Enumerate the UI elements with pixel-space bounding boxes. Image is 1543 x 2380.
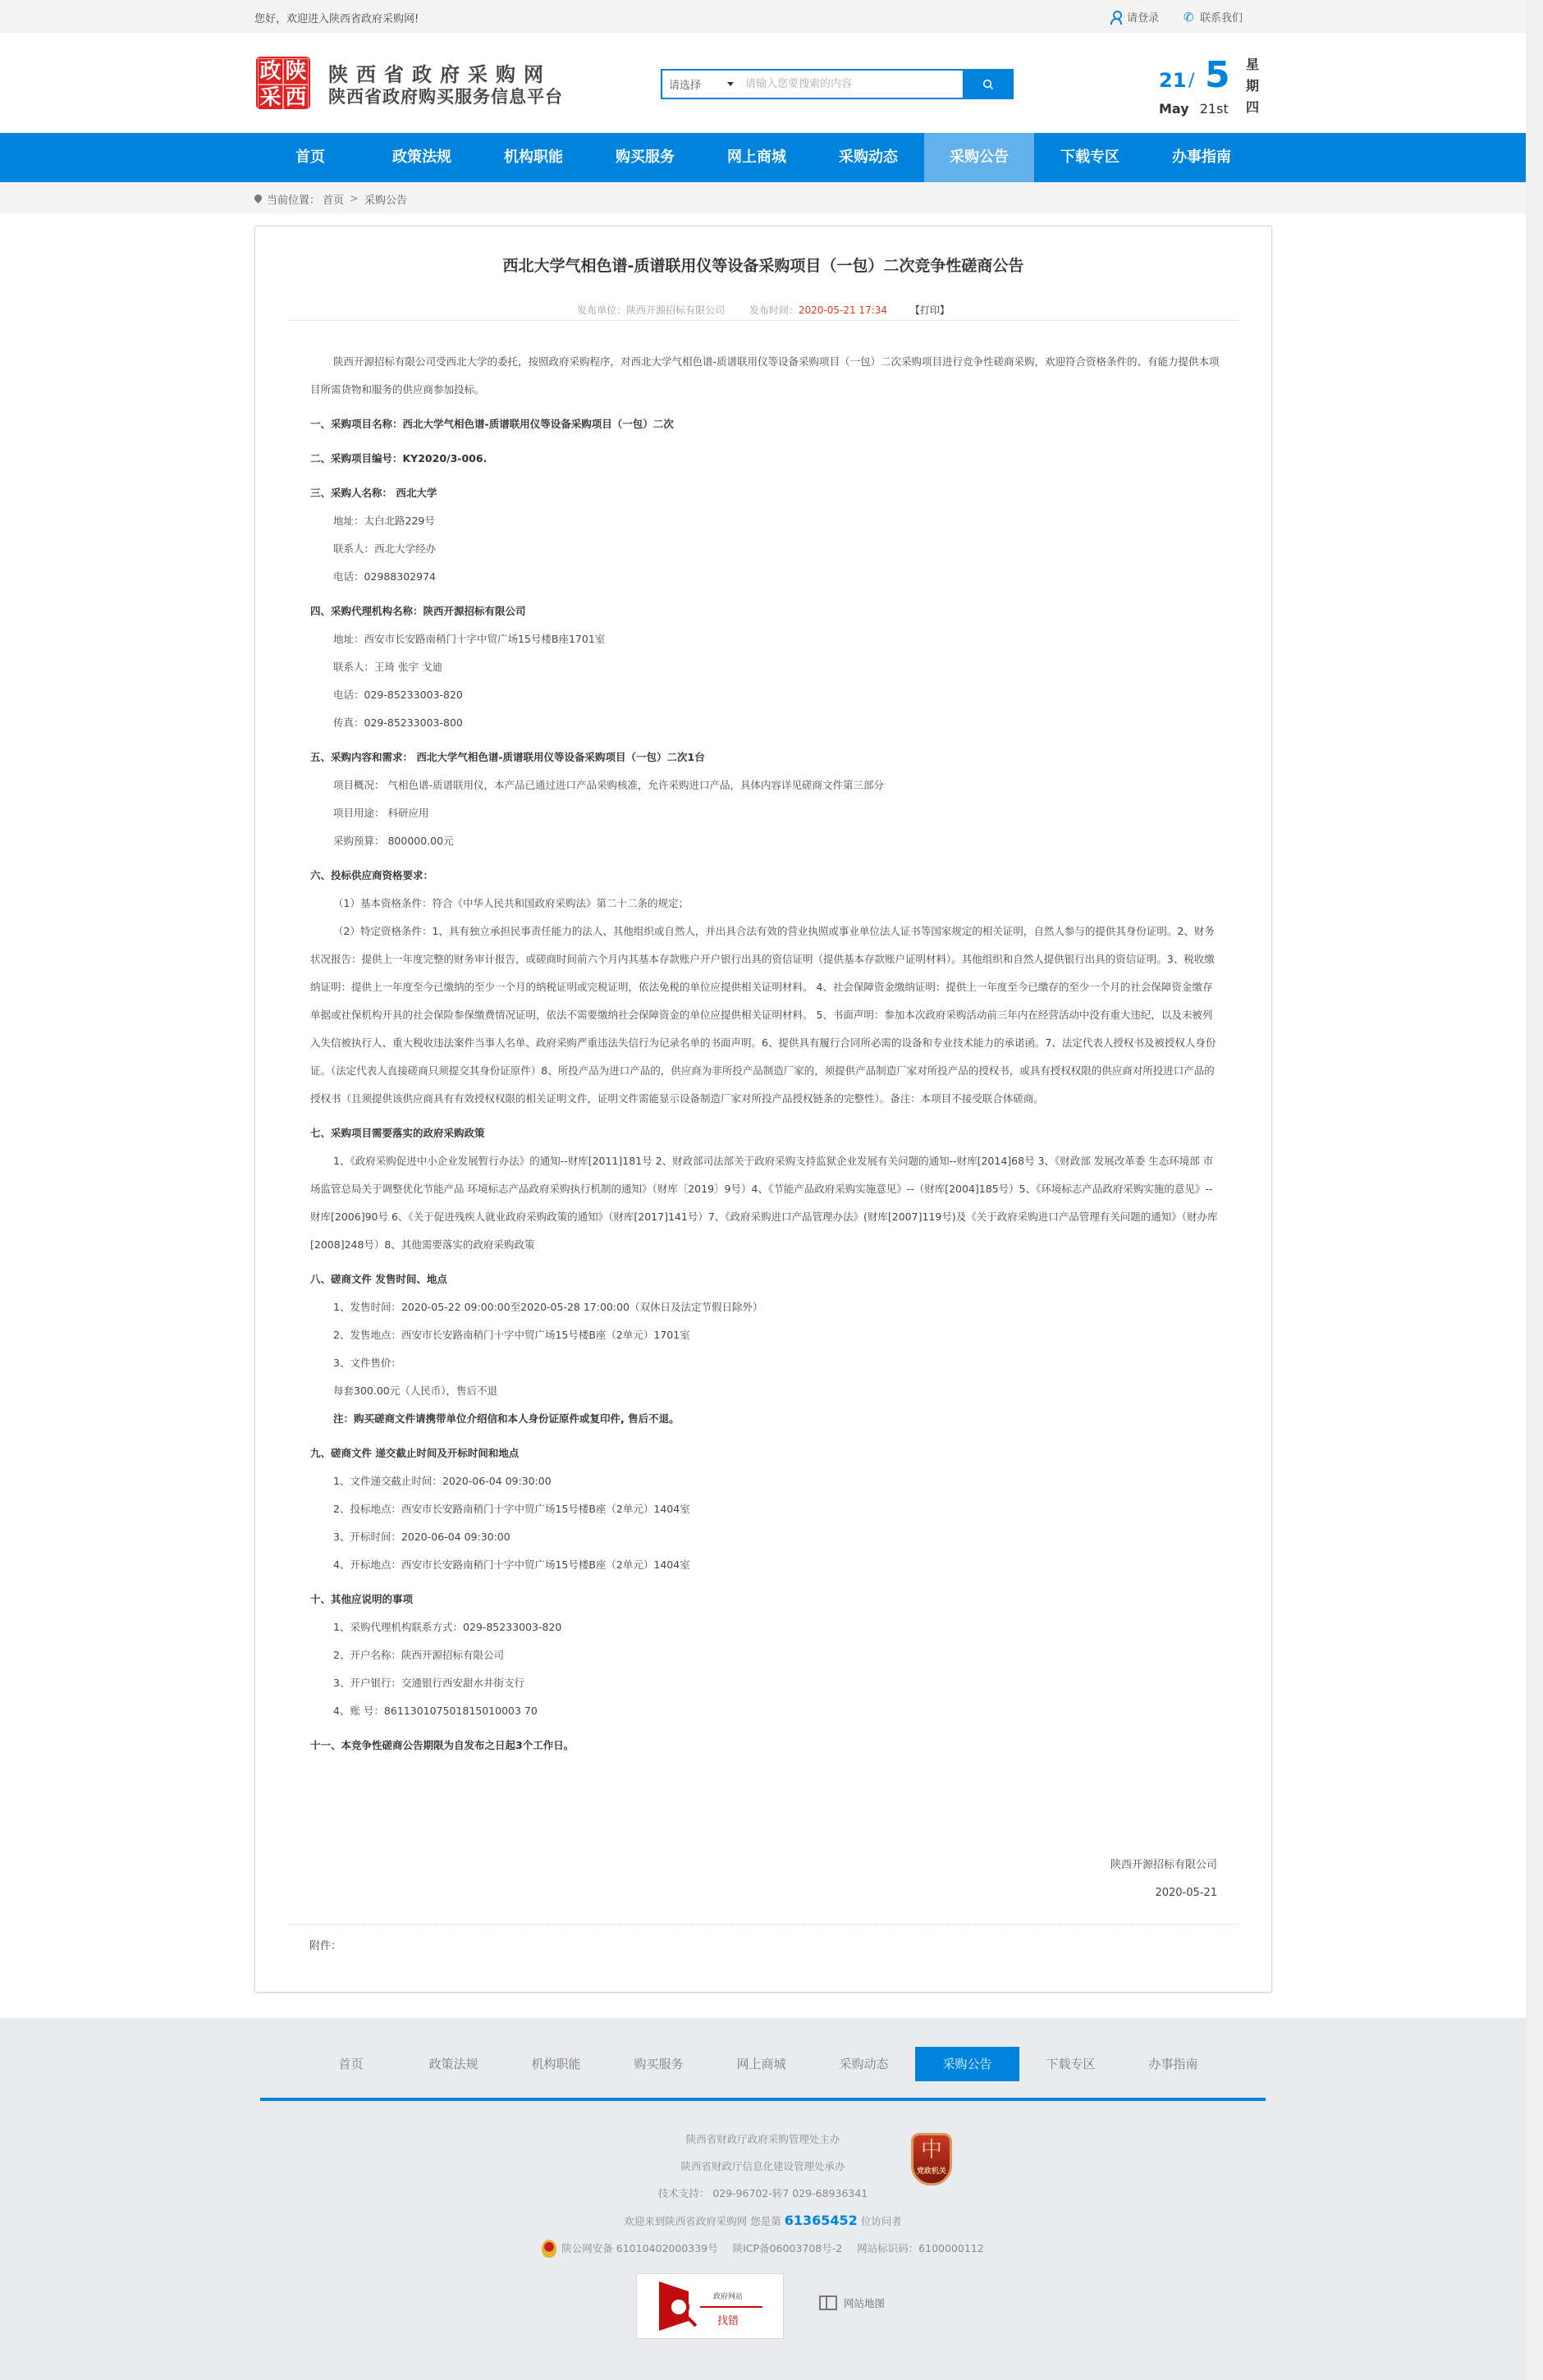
- signature-company: 陕西开源招标有限公司: [1110, 1851, 1217, 1879]
- footer-nav-institutions[interactable]: 机构职能: [505, 2047, 607, 2081]
- nav-item-policy[interactable]: 政策法规: [366, 133, 478, 182]
- footer-nav-purchase-services[interactable]: 购买服务: [607, 2047, 710, 2081]
- detail-line: 地址：西安市长安路南稍门十字中贸广场15号楼B座1701室: [310, 625, 1221, 653]
- detail-line: 1、文件递交截止时间：2020-06-04 09:30:00: [310, 1467, 1221, 1495]
- detail-line: 联系人：王琦 张宇 戈迪: [310, 653, 1221, 681]
- login-label: 请登录: [1127, 9, 1159, 25]
- purchase-note: 注：购买磋商文件请携带单位介绍信和本人身份证原件或复印件, 售后不退。: [310, 1405, 1221, 1433]
- report-error-button[interactable]: 政府网站 找错: [636, 2273, 784, 2339]
- logo-char: 西: [283, 85, 309, 111]
- detail-line: 联系人：西北大学经办: [310, 535, 1221, 563]
- police-record-link[interactable]: 陕公网安备 61010402000339号: [561, 2235, 717, 2262]
- main-nav: 首页 政策法规 机构职能 购买服务 网上商城 采购动态 采购公告 下载专区 办事…: [0, 133, 1526, 182]
- detail-line: 项目概况： 气相色谱-质谱联用仪，本产品已通过进口产品采购核准，允许采购进口产品…: [310, 771, 1221, 799]
- contact-link[interactable]: ✆ 联系我们: [1184, 9, 1243, 25]
- article-title: 西北大学气相色谱-质谱联用仪等设备采购项目（一包）二次竞争性磋商公告: [255, 254, 1271, 276]
- header: 政 陕 采 西 陕西省政府采购网 陕西省政府购买服务信息平台 请选择 21 / …: [0, 33, 1526, 133]
- footer-records: 陕公网安备 61010402000339号 陕ICP备06003708号-2 网…: [0, 2235, 1526, 2262]
- date-month: 5: [1205, 54, 1230, 96]
- article-meta: 发布单位：陕西开源招标有限公司 发布时间：2020-05-21 17:34 【打…: [255, 303, 1271, 317]
- detail-line: 电话：02988302974: [310, 563, 1221, 591]
- footer-support: 技术支持： 029-96702-转7 029-68936341: [0, 2180, 1526, 2207]
- logo-char: 采: [258, 85, 283, 111]
- site-title: 陕西省政府采购网: [328, 58, 552, 87]
- site-logo[interactable]: 政 陕 采 西: [256, 57, 310, 109]
- police-badge-icon: [542, 2240, 556, 2258]
- nav-item-downloads[interactable]: 下载专区: [1034, 133, 1146, 182]
- detail-line: 2、发售地点：西安市长安路南稍门十字中贸广场15号楼B座（2单元）1701室: [310, 1321, 1221, 1349]
- section-heading: 十一、本竞争性磋商公告期限为自发布之日起3个工作日。: [310, 1732, 1221, 1760]
- attachment-label: 附件：: [309, 1937, 341, 1952]
- detail-line: 1、采购代理机构联系方式：029-85233003-820: [310, 1613, 1221, 1641]
- search-category-value: 请选择: [669, 76, 701, 92]
- user-icon: [1110, 11, 1122, 24]
- detail-line: 3、开户银行：交通银行西安甜水井街支行: [310, 1669, 1221, 1697]
- article-card: 西北大学气相色谱-质谱联用仪等设备采购项目（一包）二次竞争性磋商公告 发布单位：…: [254, 226, 1272, 1993]
- section-heading: 九、磋商文件 递交截止时间及开标时间和地点: [310, 1439, 1221, 1467]
- detail-line: 2、投标地点：西安市长安路南稍门十字中贸广场15号楼B座（2单元）1404室: [310, 1495, 1221, 1523]
- footer-organizer: 陕西省财政厅信息化建设管理处承办: [0, 2153, 1526, 2180]
- breadcrumb: 当前位置： 首页 > 采购公告: [0, 182, 1526, 213]
- section-heading: 十、其他应说明的事项: [310, 1586, 1221, 1613]
- nav-item-guide[interactable]: 办事指南: [1146, 133, 1257, 182]
- vertical-scrollbar[interactable]: [1526, 0, 1543, 2380]
- site-subtitle: 陕西省政府购买服务信息平台: [328, 84, 563, 108]
- detail-line: 2、开户名称：陕西开源招标有限公司: [310, 1641, 1221, 1669]
- nav-item-institutions[interactable]: 机构职能: [478, 133, 589, 182]
- qualification-basic: （1）基本资格条件：符合《中华人民共和国政府采购法》第二十二条的规定；: [310, 890, 1221, 918]
- footer-nav-policy[interactable]: 政策法规: [402, 2047, 505, 2081]
- date-weekday: 星 期 四: [1244, 54, 1261, 118]
- breadcrumb-home[interactable]: 首页: [323, 191, 344, 207]
- magnifier-icon: [668, 2296, 689, 2318]
- footer-nav-home[interactable]: 首页: [300, 2047, 402, 2081]
- footer-nav-procurement-news[interactable]: 采购动态: [813, 2047, 915, 2081]
- detail-line: 电话：029-85233003-820: [310, 681, 1221, 709]
- footer-nav-online-mall[interactable]: 网上商城: [710, 2047, 813, 2081]
- publish-time-label: 发布时间：: [749, 304, 799, 316]
- contact-label: 联系我们: [1200, 9, 1243, 25]
- date-display: 21 / 5 May 21st 星 期 四: [1159, 53, 1266, 118]
- footer-host: 陕西省财政厅政府采购管理处主办: [0, 2126, 1526, 2153]
- section-heading: 五、采购内容和需求： 西北大学气相色谱-质谱联用仪等设备采购项目（一包）二次1台: [310, 744, 1221, 771]
- section-heading: 二、采购项目编号：KY2020/3-006.: [310, 445, 1221, 473]
- nav-item-procurement-notices[interactable]: 采购公告: [924, 133, 1034, 182]
- section-heading: 一、采购项目名称：西北大学气相色谱-质谱联用仪等设备采购项目（一包）二次: [310, 410, 1221, 438]
- nav-item-home[interactable]: 首页: [254, 133, 366, 182]
- section-heading: 四、采购代理机构名称：陕西开源招标有限公司: [310, 597, 1221, 625]
- visitor-counter: 61365452: [785, 2213, 858, 2228]
- date-english: May 21st: [1159, 101, 1229, 117]
- footer-nav-procurement-notices[interactable]: 采购公告: [915, 2047, 1019, 2081]
- sitemap-link[interactable]: 网站地图: [819, 2295, 885, 2310]
- intro-paragraph: 陕西开源招标有限公司受西北大学的委托，按照政府采购程序，对西北大学气相色谱-质谱…: [310, 348, 1221, 404]
- nav-item-purchase-services[interactable]: 购买服务: [589, 133, 701, 182]
- breadcrumb-separator: >: [350, 193, 359, 205]
- top-links: 请登录 ✆ 联系我们: [1110, 9, 1243, 25]
- welcome-text: 您好，欢迎进入陕西省政府采购网!: [254, 10, 419, 25]
- footer-info: 陕西省财政厅政府采购管理处主办 陕西省财政厅信息化建设管理处承办 技术支持： 0…: [0, 2126, 1526, 2262]
- article-body: 陕西开源招标有限公司受西北大学的委托，按照政府采购程序，对西北大学气相色谱-质谱…: [310, 348, 1221, 1760]
- detail-line: 地址：太白北路229号: [310, 507, 1221, 535]
- detail-line: 3、文件售价：: [310, 1349, 1221, 1377]
- footer-divider: [260, 2098, 1266, 2101]
- section-heading: 六、投标供应商资格要求：: [310, 862, 1221, 890]
- divider: [288, 320, 1239, 321]
- logo-char: 政: [258, 58, 283, 85]
- footer-nav: 首页 政策法规 机构职能 购买服务 网上商城 采购动态 采购公告 下载专区 办事…: [300, 2047, 1225, 2081]
- detail-line: 4、开标地点：西安市长安路南稍门十字中贸广场15号楼B座（2单元）1404室: [310, 1551, 1221, 1579]
- footer-visitor-line: 欢迎来到陕西省政府采购网 您是第 61365452 位访问者: [0, 2207, 1526, 2235]
- icp-link[interactable]: 陕ICP备06003708号-2: [733, 2235, 843, 2262]
- logo-char: 陕: [283, 58, 309, 85]
- policy-paragraph: 1、《政府采购促进中小企业发展暂行办法》的通知--财库[2011]181号 2、…: [310, 1147, 1221, 1259]
- print-button[interactable]: 【打印】: [910, 304, 950, 316]
- detail-line: 传真：029-85233003-800: [310, 709, 1221, 737]
- section-heading: 八、磋商文件 发售时间、地点: [310, 1266, 1221, 1293]
- publisher: 陕西开源招标有限公司: [626, 304, 725, 316]
- location-pin-icon: [254, 195, 262, 204]
- detail-line: 3、开标时间：2020-06-04 09:30:00: [310, 1523, 1221, 1551]
- section-heading: 七、采购项目需要落实的政府采购政策: [310, 1119, 1221, 1147]
- search-box: 请选择: [661, 69, 1014, 99]
- search-icon: [982, 79, 994, 90]
- publish-time: 2020-05-21 17:34: [799, 304, 887, 316]
- divider: [288, 1924, 1239, 1925]
- publisher-label: 发布单位：: [577, 304, 626, 316]
- signature-date: 2020-05-21: [1110, 1879, 1217, 1907]
- detail-line: 4、账 号：861130107501815010003 70: [310, 1697, 1221, 1725]
- date-day: 21: [1159, 69, 1186, 92]
- search-category-select[interactable]: 请选择: [662, 71, 740, 98]
- search-input[interactable]: [740, 71, 963, 98]
- map-icon: [819, 2295, 837, 2310]
- footer-nav-guide[interactable]: 办事指南: [1122, 2047, 1225, 2081]
- breadcrumb-label: 当前位置：: [267, 191, 320, 207]
- detail-line: 1、发售时间：2020-05-22 09:00:00至2020-05-28 17…: [310, 1293, 1221, 1321]
- footer-nav-downloads[interactable]: 下载专区: [1019, 2047, 1122, 2081]
- qualification-specific: （2）特定资格条件：1、具有独立承担民事责任能力的法人、其他组织或自然人，并出具…: [310, 918, 1221, 1113]
- detail-line: 项目用途： 科研应用: [310, 799, 1221, 827]
- date-slash: /: [1188, 71, 1194, 91]
- signature: 陕西开源招标有限公司 2020-05-21: [1110, 1851, 1217, 1907]
- party-emblem-icon: 中: [913, 2135, 950, 2165]
- site-code: 网站标识码：6100000112: [857, 2235, 984, 2262]
- caret-down-icon: [727, 82, 734, 86]
- breadcrumb-current[interactable]: 采购公告: [364, 191, 407, 207]
- search-button[interactable]: [963, 71, 1014, 98]
- nav-item-procurement-news[interactable]: 采购动态: [813, 133, 924, 182]
- section-heading: 三、采购人名称： 西北大学: [310, 479, 1221, 507]
- phone-icon: ✆: [1184, 11, 1195, 24]
- nav-item-online-mall[interactable]: 网上商城: [701, 133, 813, 182]
- party-government-badge[interactable]: 中 党政机关: [911, 2133, 952, 2185]
- login-link[interactable]: 请登录: [1110, 9, 1159, 25]
- detail-line: 每套300.00元（人民币），售后不退: [310, 1377, 1221, 1405]
- detail-line: 采购预算： 800000.00元: [310, 827, 1221, 855]
- page: 您好，欢迎进入陕西省政府采购网! 请登录 ✆ 联系我们 政 陕 采 西 陕西省政…: [0, 0, 1526, 2380]
- top-bar: 您好，欢迎进入陕西省政府采购网! 请登录 ✆ 联系我们: [0, 0, 1526, 33]
